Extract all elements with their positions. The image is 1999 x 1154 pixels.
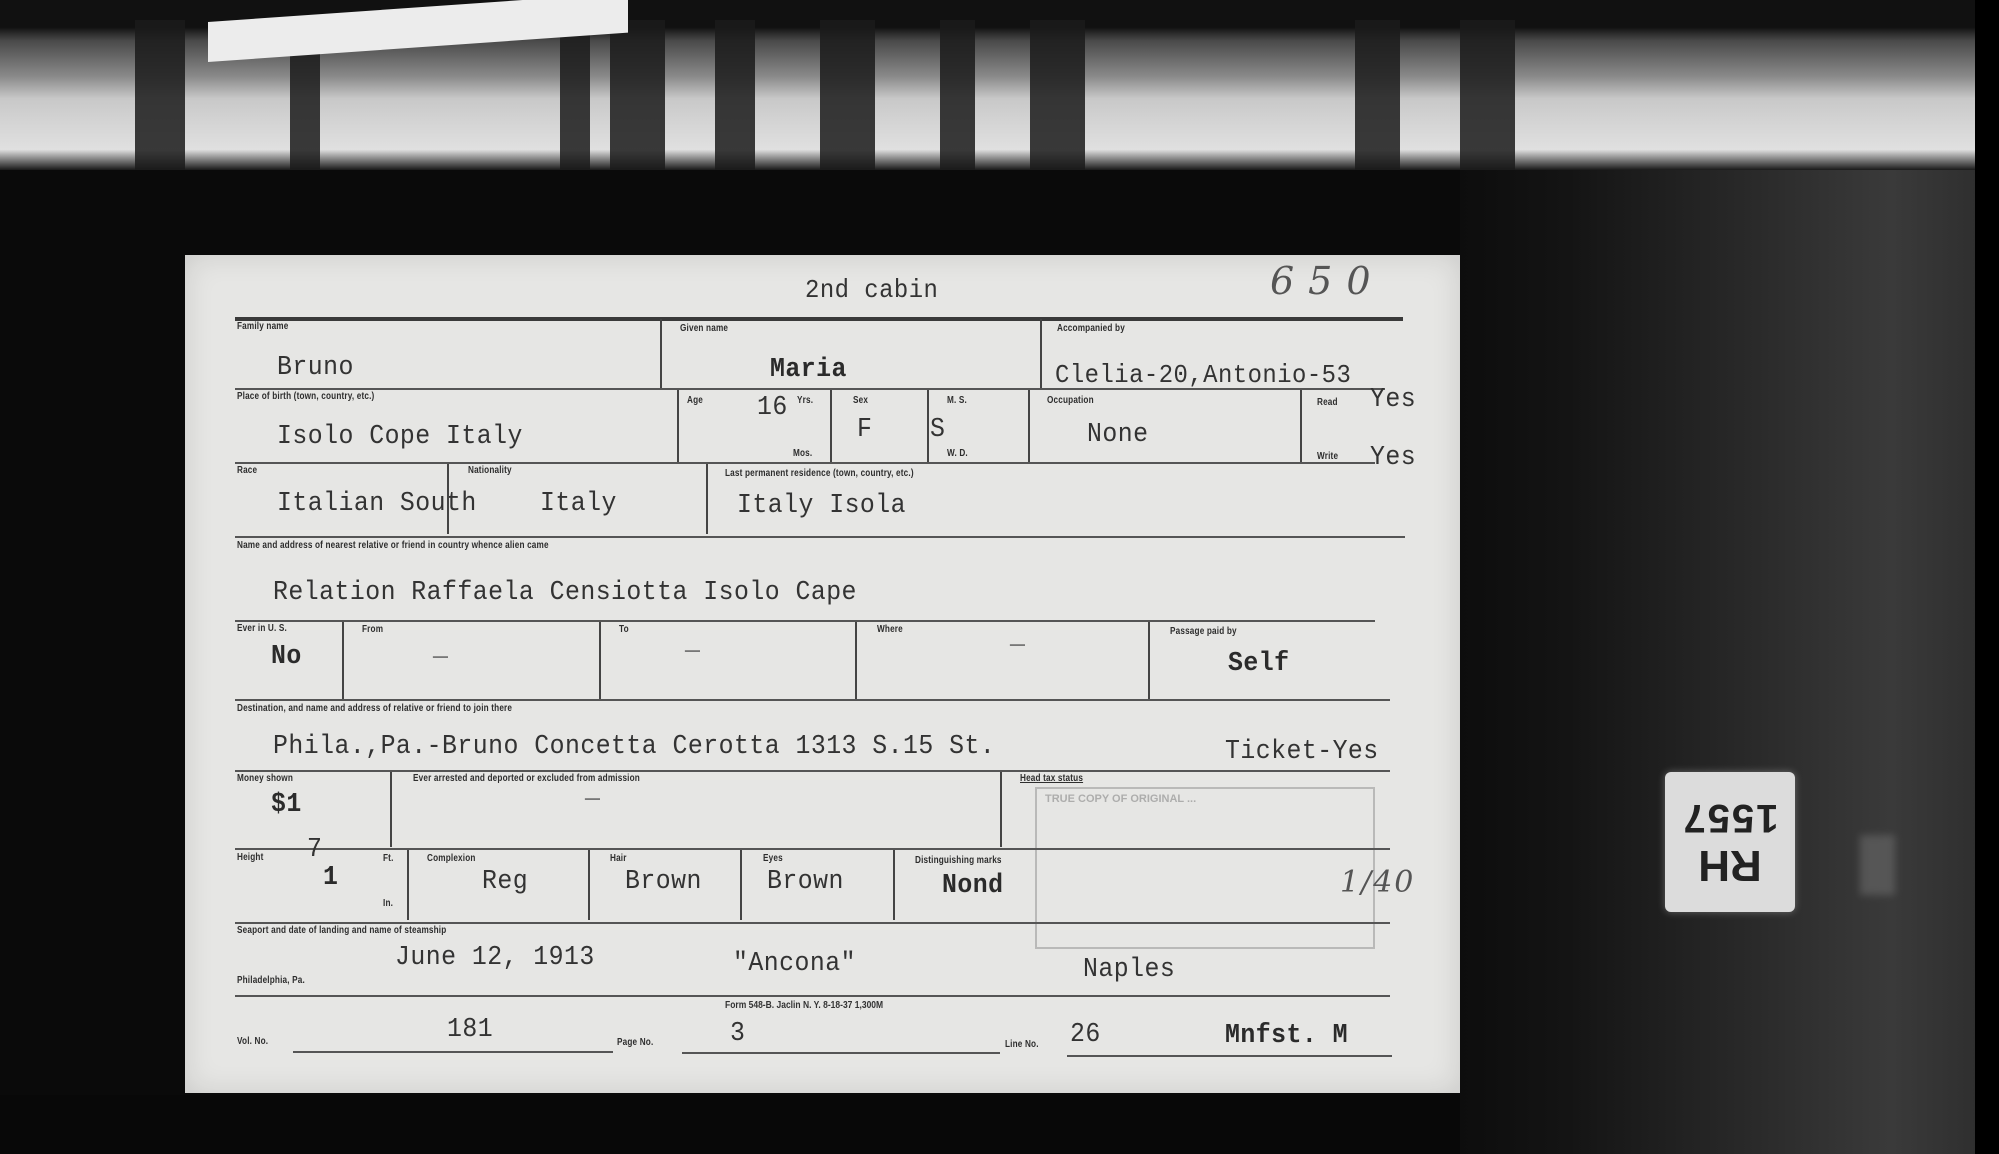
marital-status-value: S	[930, 415, 945, 445]
complexion-value: Reg	[482, 867, 528, 897]
handwritten-number: 650	[1270, 259, 1385, 303]
manifest-value: Mnfst. M	[1225, 1021, 1348, 1051]
page-no-label: Page No.	[617, 1037, 653, 1048]
accompanied-by-label: Accompanied by	[1057, 323, 1125, 334]
from-value: —	[433, 643, 448, 673]
occupation-label: Occupation	[1047, 395, 1094, 406]
height-in-label: In.	[383, 898, 393, 909]
head-tax-note: 1/40	[1340, 865, 1415, 900]
seaport-port: Philadelphia, Pa.	[237, 975, 305, 986]
ever-in-us-label: Ever in U. S.	[237, 623, 287, 634]
age-years-label: Yrs.	[797, 395, 813, 406]
where-label: Where	[877, 624, 903, 635]
vol-no-label: Vol. No.	[237, 1036, 268, 1047]
line-no-value: 26	[1070, 1020, 1101, 1050]
marital-status-label: M. S.	[947, 395, 967, 406]
certification-stamp: TRUE COPY OF ORIGINAL ...	[1035, 787, 1375, 949]
occupation-value: None	[1087, 420, 1148, 450]
race-label: Race	[237, 465, 257, 476]
landing-date: June 12, 1913	[395, 943, 595, 973]
ever-arrested-value: —	[585, 785, 600, 815]
age-label: Age	[687, 395, 703, 406]
distinguishing-marks-value: Nond	[942, 871, 1003, 901]
last-residence-value: Italy Isola	[737, 491, 906, 521]
height-label: Height	[237, 852, 263, 863]
ever-in-us-value: No	[271, 642, 302, 672]
where-value: —	[1010, 631, 1025, 661]
ever-arrested-label: Ever arrested and deported or excluded f…	[413, 773, 640, 784]
destination-value: Phila.,Pa.-Bruno Concetta Cerotta 1313 S…	[273, 732, 995, 762]
steamship-name: "Ancona"	[733, 949, 856, 979]
given-name-value: Maria	[770, 355, 847, 385]
to-label: To	[619, 624, 629, 635]
ticket-value: Ticket-Yes	[1225, 737, 1379, 767]
passage-paid-by-value: Self	[1228, 649, 1289, 679]
age-months-label: Mos.	[793, 448, 812, 459]
nationality-value: Italy	[540, 489, 617, 519]
nearest-relative-label: Name and address of nearest relative or …	[237, 540, 549, 551]
money-shown-value: $1	[271, 790, 302, 820]
cabin-class: 2nd cabin	[805, 275, 938, 305]
accompanied-by-value: Clelia-20,Antonio-53	[1055, 360, 1351, 390]
film-artifact	[1860, 835, 1895, 895]
height-ft-label: Ft.	[383, 853, 394, 864]
write-value: Yes	[1370, 443, 1416, 473]
money-shown-label: Money shown	[237, 773, 293, 784]
given-name-label: Given name	[680, 323, 728, 334]
place-of-birth-value: Isolo Cope Italy	[277, 422, 523, 452]
last-residence-label: Last permanent residence (town, country,…	[725, 468, 914, 479]
archive-tag-code: RH	[1698, 841, 1762, 889]
height-feet-value: 7	[307, 835, 322, 865]
sex-value: F	[857, 415, 872, 445]
record-card: 2nd cabin 650 Family name Bruno Given na…	[185, 255, 1460, 1093]
form-number: Form 548-B. Jaclin N. Y. 8-18-37 1,300M	[725, 1000, 883, 1011]
page-no-value: 3	[730, 1019, 745, 1049]
seaport-label: Seaport and date of landing and name of …	[237, 925, 446, 936]
height-inches-value: 1	[323, 863, 338, 893]
vol-no-value: 181	[447, 1015, 493, 1045]
complexion-label: Complexion	[427, 853, 476, 864]
family-name-value: Bruno	[277, 353, 354, 383]
archive-tag-number: 1557	[1682, 795, 1779, 841]
nearest-relative-value: Relation Raffaela Censiotta Isolo Cape	[273, 578, 857, 608]
background-shadow	[1460, 170, 1999, 1154]
film-edge	[1975, 0, 1999, 1154]
eyes-label: Eyes	[763, 853, 783, 864]
line-no-label: Line No.	[1005, 1039, 1039, 1050]
head-tax-status-label: Head tax status	[1020, 773, 1083, 784]
write-label: Write	[1317, 451, 1338, 462]
passage-paid-by-label: Passage paid by	[1170, 626, 1237, 637]
background-bottom	[0, 1095, 1460, 1154]
to-value: —	[685, 637, 700, 667]
eyes-value: Brown	[767, 867, 844, 897]
age-value: 16	[757, 393, 788, 423]
family-name-label: Family name	[237, 321, 288, 332]
sex-label: Sex	[853, 395, 868, 406]
nationality-label: Nationality	[468, 465, 512, 476]
distinguishing-marks-label: Distinguishing marks	[915, 855, 1002, 866]
from-label: From	[362, 624, 383, 635]
hair-label: Hair	[610, 853, 627, 864]
marital-status-sublabel: W. D.	[947, 448, 968, 459]
destination-label: Destination, and name and address of rel…	[237, 703, 512, 714]
departure-port: Naples	[1083, 955, 1175, 985]
archive-tag: RH 1557	[1665, 772, 1795, 912]
read-value: Yes	[1370, 385, 1416, 415]
read-label: Read	[1317, 397, 1338, 408]
place-of-birth-label: Place of birth (town, country, etc.)	[237, 391, 374, 402]
hair-value: Brown	[625, 867, 702, 897]
